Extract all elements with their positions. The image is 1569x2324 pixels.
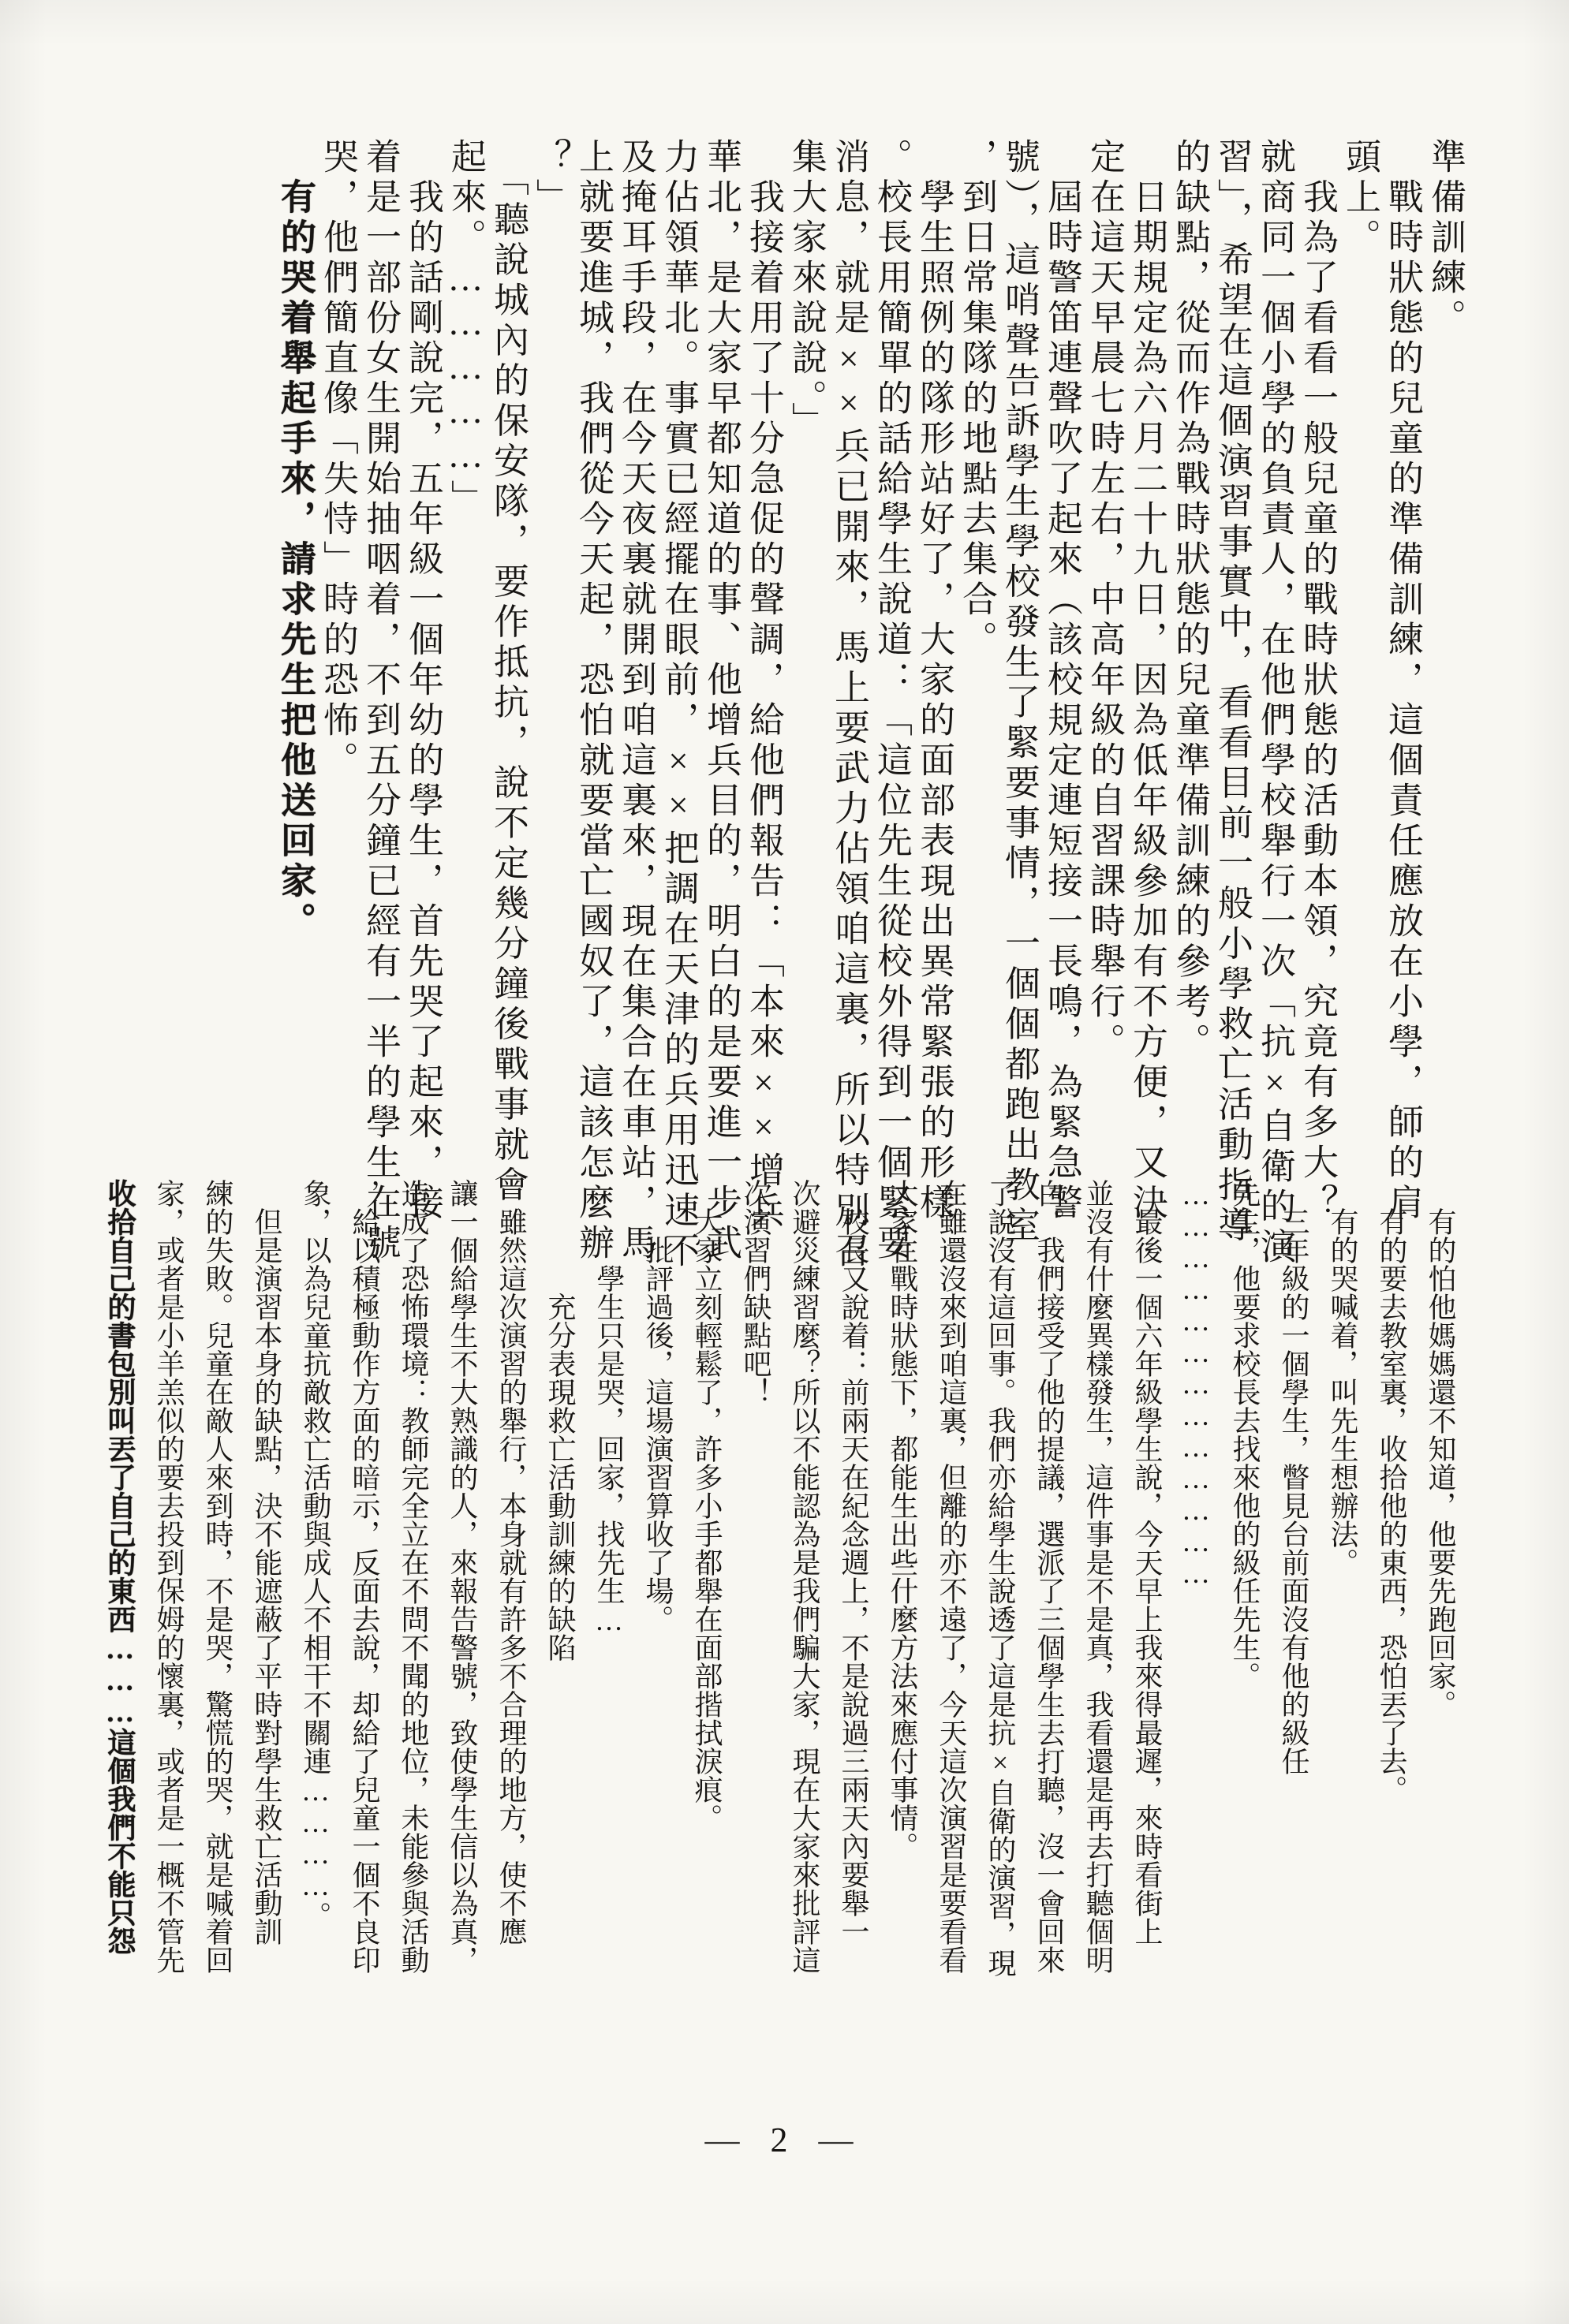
text-column: ，給以積極動作方面的暗示，反面去說，却給了兒童一個不良印 bbox=[340, 1179, 389, 1924]
text-column: 上就要進城，我們從今天起，恐怕就要當亡國奴了，這該怎麼辦 bbox=[572, 138, 615, 1136]
text-column: 收拾自己的書包別叫丟了自己的東西………這個我們不能只怨 bbox=[95, 1179, 144, 1924]
text-column: 習」，希望在這個演習事實中，看看目前一般小學救亡活動指導 bbox=[1211, 138, 1253, 1136]
text-column: 白。我們接受了他的提議，選派了三個學生去打聽，沒一會回來 bbox=[1025, 1179, 1074, 1924]
text-column: 批評過後，這場演習算收了場。 bbox=[633, 1179, 682, 1924]
text-column: 大家在戰時狀態下，都能生出些什麼方法來應付事情。 bbox=[878, 1179, 927, 1924]
text-column: 起來。……………」 bbox=[444, 138, 487, 1136]
text-column: 三年級的一個學生，瞥見台前面沒有他的級任 bbox=[1269, 1179, 1318, 1924]
text-column: 準備訓練。 bbox=[1424, 138, 1466, 1136]
text-column: 頭上。 bbox=[1339, 138, 1381, 1136]
text-column: 屆時警笛連聲吹了起來（該校規定連短接一長鳴，為緊急警 bbox=[1040, 138, 1083, 1136]
text-column: 並沒有什麼異樣發生，這件事是不是真，我看還是再去打聽個明 bbox=[1074, 1179, 1123, 1924]
text-column: 及掩耳手段，在今天夜裏就開到咱這裏來，現在集合在車站，馬 bbox=[615, 138, 657, 1136]
text-column: 消息，就是××兵已開來，馬上要武力佔領咱這裏，所以特別召 bbox=[827, 138, 870, 1136]
text-column: 。校長用簡單的話給學生說道：「這位先生從校外得到一個緊要 bbox=[870, 138, 913, 1136]
text-column: 着是一部份女生開始抽咽着，不到五分鐘已經有一半的學生在號 bbox=[359, 138, 402, 1136]
text-column: 學生只是哭，回家，找先生… bbox=[585, 1179, 633, 1924]
text-column: 號），這哨聲告訴學生學校發生了緊要事情，一個個都跑出教室 bbox=[998, 138, 1040, 1136]
text-column: 讓一個給學生不大熟識的人，來報告警號，致使學生信以為真， bbox=[438, 1179, 487, 1924]
text-column: 造成了恐怖環境：教師完全立在不問不聞的地位，未能參與活動 bbox=[389, 1179, 438, 1924]
text-column: 有的哭喊着，叫先生想辦法。 bbox=[1318, 1179, 1367, 1924]
text-column: 大家立刻輕鬆了，許多小手都舉在面部揩拭淚痕。 bbox=[682, 1179, 731, 1924]
text-column: 次避災練習麼？所以不能認為是我們騙大家，現在大家來批評這 bbox=[780, 1179, 829, 1924]
text-column: 充分表現救亡活動訓練的缺陷 bbox=[536, 1179, 585, 1924]
text-column: ？」 bbox=[529, 138, 572, 1136]
text-column: 力佔領華北。事實已經擺在眼前，××把調在天津的兵用迅速不 bbox=[657, 138, 700, 1136]
text-column: 在雖還沒來到咱這裏，但離的亦不遠了，今天這次演習是要看看 bbox=[927, 1179, 976, 1924]
text-column: 校長又說着：前兩天在紀念週上，不是說過三兩天內要舉一 bbox=[829, 1179, 878, 1924]
top-text-block: 準備訓練。 戰時狀態的兒童的準備訓練，這個責任應放在小學，師的肩頭上。 我為了看… bbox=[274, 138, 1466, 1136]
text-column: 戰時狀態的兒童的準備訓練，這個責任應放在小學，師的肩 bbox=[1381, 138, 1424, 1136]
text-column: 有的哭着舉起手來，請求先生把他送回家。 bbox=[274, 138, 316, 1136]
text-column: 雖然這次演習的舉行，本身就有許多不合理的地方，使不應 bbox=[487, 1179, 536, 1924]
text-column: ………………………………… bbox=[1171, 1179, 1220, 1924]
text-column: 華北，是大家早都知道的事、他增兵目的，明白的是要進一步武 bbox=[700, 138, 742, 1136]
text-column: 哭，他們簡直像「失恃」時的恐怖。 bbox=[316, 138, 359, 1136]
text-column: 我為了看看一般兒童的戰時狀態的活動本領，究竟有多大？ bbox=[1296, 138, 1339, 1136]
text-column: 但是演習本身的缺點，決不能遮蔽了平時對學生救亡活動訓 bbox=[242, 1179, 291, 1924]
text-column: 「聽說城內的保安隊，要作抵抗，說不定幾分鐘後戰事就會 bbox=[487, 138, 529, 1136]
text-column: 日期規定為六月二十九日，因為低年級參加有不方便，又決 bbox=[1126, 138, 1168, 1136]
text-column: 就商同一個小學的負責人，在他們學校舉行一次「抗×自衛的演 bbox=[1253, 138, 1296, 1136]
text-column: 有的要去教室裏，收拾他的東西，恐怕丟了去。 bbox=[1367, 1179, 1416, 1924]
text-column: 定在這天早晨七時左右，中高年級的自習課時舉行。 bbox=[1083, 138, 1126, 1136]
text-column: 先生，他要求校長去找來他的級任先生。 bbox=[1220, 1179, 1269, 1924]
bottom-text-block: 有的怕他媽媽還不知道，他要先跑回家。 有的要去教室裏，收拾他的東西，恐怕丟了去。… bbox=[95, 1179, 1465, 1924]
text-column: 集大家來說說。」 bbox=[785, 138, 827, 1136]
text-column: 了說沒有這回事。我們亦給學生說透了這是抗×自衛的演習，現 bbox=[976, 1179, 1025, 1924]
text-column: 象，以為兒童抗敵救亡活動與成人不相干不關連…………。 bbox=[291, 1179, 340, 1924]
text-column: 我的話剛說完，五年級一個年幼的學生，首先哭了起來，接 bbox=[402, 138, 444, 1136]
text-column: ，到日常集隊的地點去集合。 bbox=[955, 138, 998, 1136]
text-column: 學生照例的隊形站好了，大家的面部表現出異常緊張的形樣 bbox=[913, 138, 955, 1136]
text-column: 最後一個六年級學生說，今天早上我來得最遲，來時看街上 bbox=[1123, 1179, 1171, 1924]
text-column: 家，或者是小羊羔似的要去投到保姆的懷裏，或者是一概不管先 bbox=[144, 1179, 193, 1924]
text-column: 練的失敗。兒童在敵人來到時，不是哭，驚慌的哭，就是喊着回 bbox=[193, 1179, 242, 1924]
text-column: 有的怕他媽媽還不知道，他要先跑回家。 bbox=[1416, 1179, 1465, 1924]
text-column: 我接着用了十分急促的聲調，給他們報告：「本來××增兵 bbox=[742, 138, 785, 1136]
text-column: 次演習們缺點吧！ bbox=[731, 1179, 780, 1924]
text-column: 的缺點，從而作為戰時狀態的兒童準備訓練的參考。 bbox=[1168, 138, 1211, 1136]
page-number: — 2 — bbox=[0, 2120, 1569, 2160]
